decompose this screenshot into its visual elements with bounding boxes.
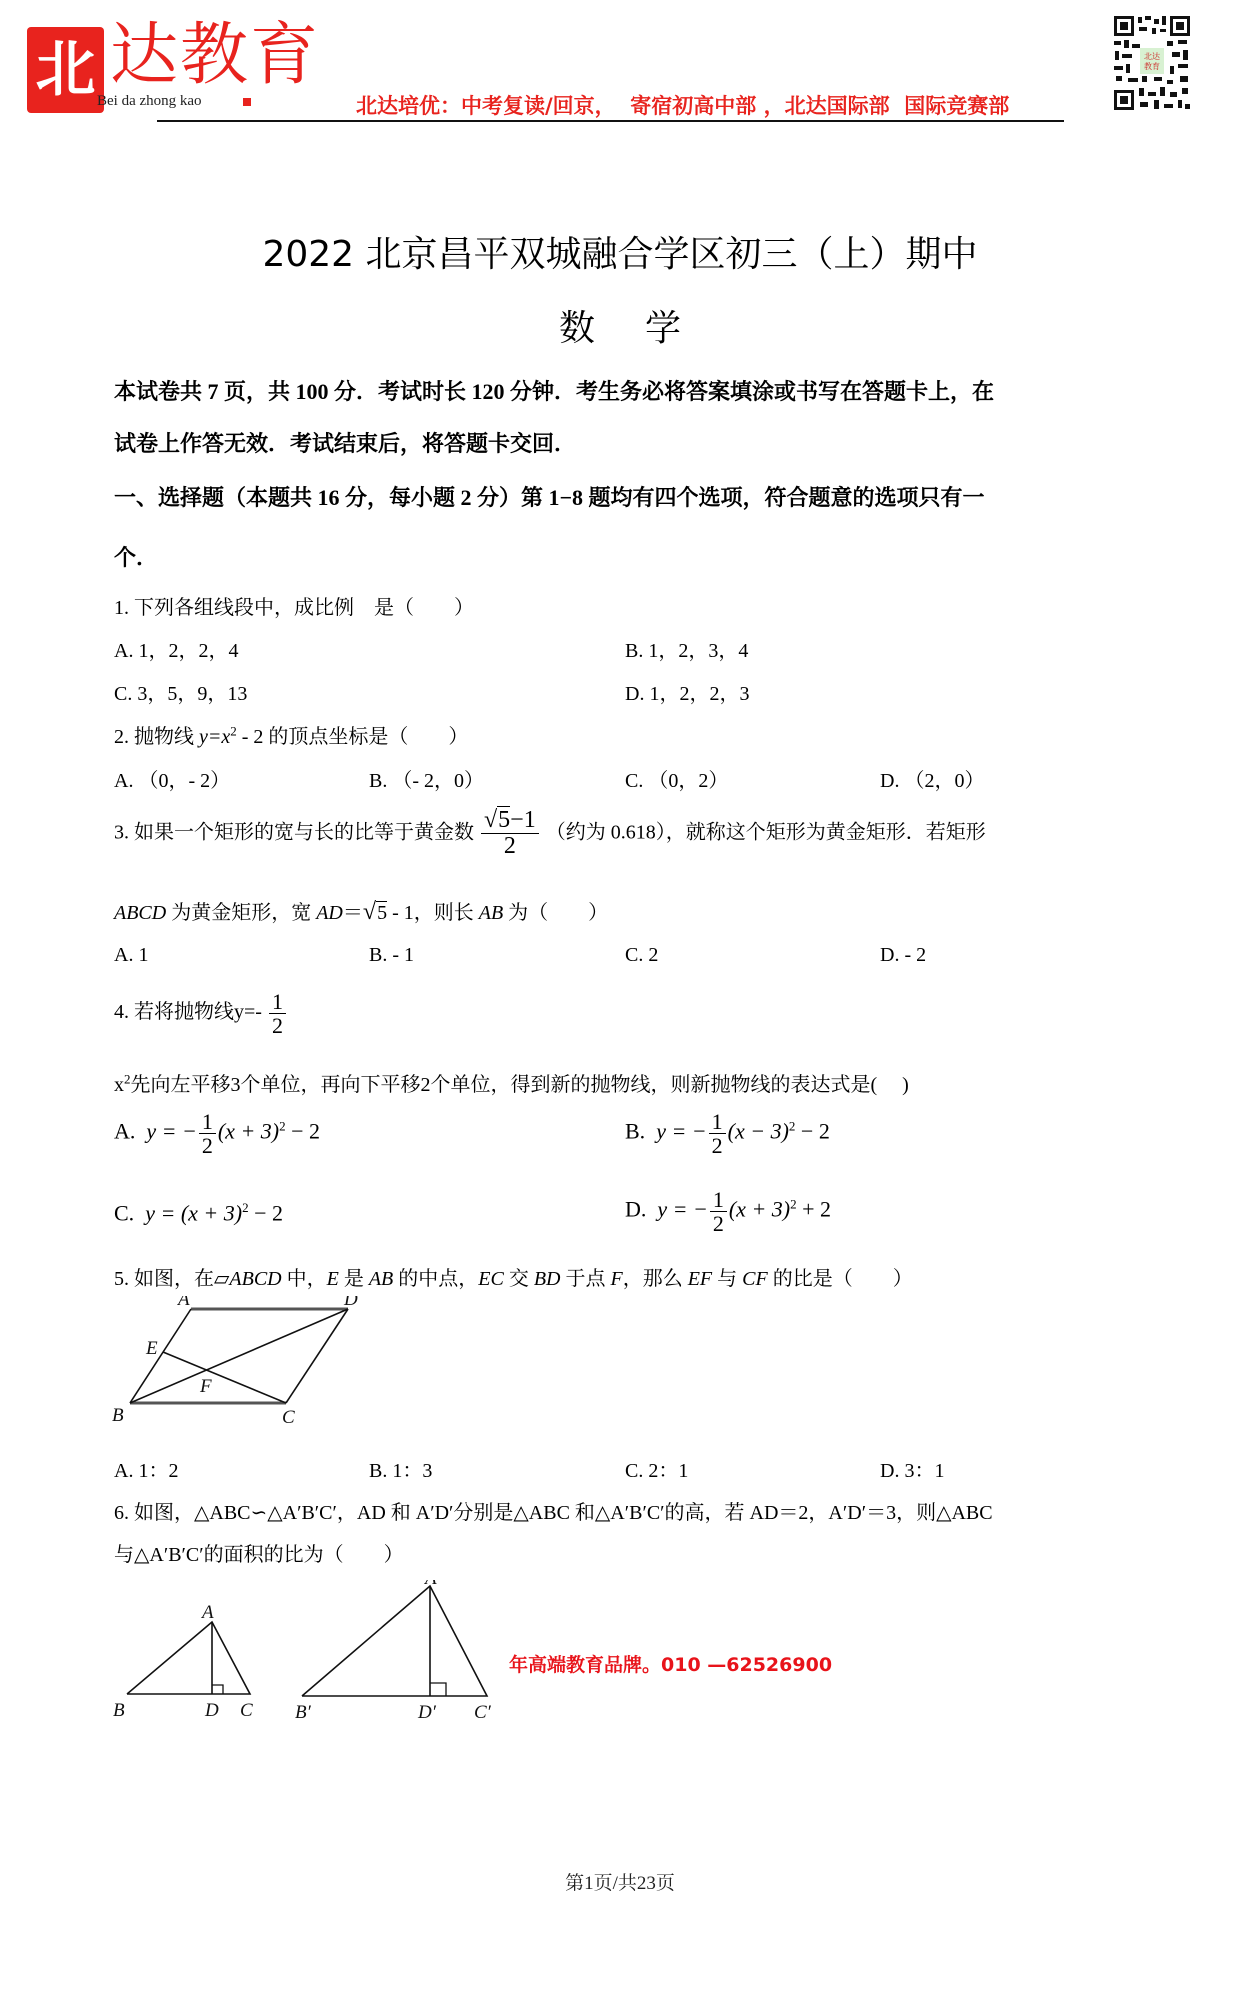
math-expression: (x + 3)	[729, 1197, 790, 1222]
radicand: 5	[376, 901, 387, 924]
promo-note: 年高端教育品牌。010 —62526900	[509, 1650, 832, 1677]
math-expression: y = −	[656, 1119, 706, 1144]
label-b: B	[113, 1700, 125, 1721]
q5-option-b[interactable]: B. 1：3	[369, 1454, 432, 1483]
section-heading-line-1: 一、选择题（本题共 16 分，每小题 2 分）第 1−8 题均有四个选项，符合题…	[114, 468, 1134, 528]
exam-instructions: 本试卷共 7 页，共 100 分．考试时长 120 分钟．考生务必将答案填涂或书…	[114, 366, 1134, 470]
math-expression: (x + 3)	[218, 1119, 279, 1144]
q3-option-c[interactable]: C. 2	[625, 944, 658, 967]
math-var: F	[611, 1268, 623, 1290]
question-stem: 抛物线	[134, 726, 199, 748]
header-divider	[157, 120, 1064, 122]
q3-option-a[interactable]: A. 1	[114, 944, 148, 967]
denominator: 2	[481, 834, 539, 859]
question-stem: 如图，△ABC∽△A′B′C′，AD 和 A′D′分别是△ABC 和△A′B′C…	[134, 1502, 993, 1524]
label-d: D	[343, 1296, 358, 1310]
question-2: 2. 抛物线 y=x2 - 2 的顶点坐标是（ ）	[114, 720, 468, 749]
q4-option-c[interactable]: C. y = (x + 3)2 − 2	[114, 1200, 283, 1226]
q3-option-d[interactable]: D. - 2	[880, 944, 926, 967]
q4-option-d[interactable]: D. y = −12(x + 3)2 + 2	[625, 1188, 831, 1235]
q1-option-a[interactable]: A. 1，2，2，4	[114, 634, 238, 663]
text: 如图，在▱	[134, 1268, 229, 1290]
section-heading: 一、选择题（本题共 16 分，每小题 2 分）第 1−8 题均有四个选项，符合题…	[114, 468, 1134, 588]
math-var: ABCD	[229, 1268, 281, 1290]
question-5: 5. 如图，在▱ABCD 中，E 是 AB 的中点，EC 交 BD 于点 F，那…	[114, 1262, 913, 1291]
label-b: B	[112, 1405, 124, 1426]
option-label: B.	[625, 1119, 645, 1144]
page-indicator: 第1页/共23页	[0, 1868, 1240, 1895]
logo-square-icon	[243, 98, 251, 106]
text: ，那么	[623, 1268, 688, 1290]
similar-triangles-figure: A B D C A′ B′ D′ C′	[100, 1580, 520, 1750]
math-var: EF	[688, 1268, 712, 1290]
question-3-line-2: ABCD 为黄金矩形，宽 AD＝√5 - 1，则长 AB 为（ ）	[114, 896, 608, 926]
option-label: C.	[114, 1200, 134, 1225]
text: 为黄金矩形，宽	[166, 902, 316, 924]
q5-option-a[interactable]: A. 1：2	[114, 1454, 178, 1483]
math-expression: − 2	[795, 1119, 829, 1144]
exam-subject: 数学	[0, 300, 1240, 351]
header-slogan: 北达培优：中考复读/回京， 寄宿初高中部 ，北达国际部 国际竞赛部	[356, 90, 1009, 120]
math-var: E	[327, 1268, 339, 1290]
math-expression: (x − 3)	[728, 1119, 789, 1144]
question-stem-tail: - 2 的顶点坐标是（ ）	[237, 726, 469, 748]
denominator: 2	[269, 1014, 286, 1037]
fraction: 12	[710, 1188, 727, 1235]
question-4: 4. 若将抛物线y=- 1 2	[114, 990, 288, 1037]
numerator: 1	[199, 1110, 216, 1134]
question-6-line-2: 与△A′B′C′的面积的比为（ ）	[114, 1538, 404, 1567]
math-var: x	[114, 1074, 124, 1096]
denominator: 2	[199, 1134, 216, 1157]
question-number: 2.	[114, 726, 129, 748]
math-expression: − 2	[249, 1200, 283, 1225]
section-heading-line-2: 个．	[114, 528, 1134, 588]
svg-text:教育: 教育	[1144, 61, 1160, 71]
label-a: A	[176, 1296, 190, 1310]
label-f: F	[199, 1376, 212, 1397]
math-expression: y=x	[199, 726, 230, 748]
option-label: D.	[625, 1197, 646, 1222]
question-stem: 如果一个矩形的宽与长的比等于黄金数	[134, 821, 474, 843]
question-number: 6.	[114, 1502, 129, 1524]
q4-option-a[interactable]: A. y = −12(x + 3)2 − 2	[114, 1110, 320, 1157]
sqrt-symbol: √	[363, 899, 376, 925]
text: ＝	[343, 902, 363, 924]
question-4-line-2: x2先向左平移3个单位，再向下平移2个单位，得到新的抛物线，则新抛物线的表达式是…	[114, 1068, 909, 1097]
question-3: 3. 如果一个矩形的宽与长的比等于黄金数 √5−1 2 （约为 0.618），就…	[114, 808, 986, 859]
q1-option-d[interactable]: D. 1，2，2，3	[625, 677, 749, 706]
math-var: AB	[369, 1268, 393, 1290]
text: - 1，则长	[387, 902, 479, 924]
numerator: 1	[710, 1188, 727, 1212]
logo-mark: 北	[27, 27, 104, 113]
question-stem-tail: 先向左平移3个单位，再向下平移2个单位，得到新的抛物线，则新抛物线的表达式是( …	[131, 1074, 909, 1096]
q5-option-c[interactable]: C. 2：1	[625, 1454, 688, 1483]
label-d: D	[204, 1700, 219, 1721]
denominator: 2	[709, 1134, 726, 1157]
numerator: 1	[269, 990, 286, 1014]
q4-option-b[interactable]: B. y = −12(x − 3)2 − 2	[625, 1110, 830, 1157]
label-c-prime: C′	[474, 1702, 492, 1723]
label-c: C	[282, 1407, 295, 1428]
math-var: AB	[479, 902, 503, 924]
question-number: 3.	[114, 821, 129, 843]
qr-code-icon: 北达 教育	[1112, 14, 1192, 112]
text: 中，	[282, 1268, 327, 1290]
label-a-prime: A′	[423, 1580, 442, 1589]
text: 的比是（ ）	[768, 1268, 913, 1290]
math-expression: y = −	[146, 1119, 196, 1144]
q3-option-b[interactable]: B. - 1	[369, 944, 414, 967]
question-number: 4.	[114, 1001, 129, 1023]
parallelogram-figure: A D E F B C	[100, 1296, 400, 1446]
question-stem: 下列各组线段中，成比例 是（ ）	[134, 597, 474, 619]
instructions-line-2: 试卷上作答无效．考试结束后，将答题卡交回．	[114, 418, 1134, 470]
label-d-prime: D′	[417, 1702, 437, 1723]
text: 为（ ）	[503, 902, 608, 924]
math-expression: (x + 3)	[181, 1200, 242, 1225]
logo-subtitle: Bei da zhong kao	[97, 93, 202, 110]
label-e: E	[145, 1338, 158, 1359]
math-var: BD	[534, 1268, 561, 1290]
logo-title: 达教育	[110, 22, 320, 90]
text: 的中点，	[393, 1268, 478, 1290]
q2-option-c[interactable]: C. （0，2）	[625, 764, 728, 793]
q5-option-d[interactable]: D. 3：1	[880, 1454, 944, 1483]
radicand: 5	[497, 806, 510, 833]
math-expression: y = −	[657, 1197, 707, 1222]
math-expression: − 2	[286, 1119, 320, 1144]
fraction: 1 2	[269, 990, 286, 1037]
question-number: 1.	[114, 597, 129, 619]
numerator-tail: −1	[510, 807, 536, 833]
text: 交	[504, 1268, 534, 1290]
math-var: ABCD	[114, 902, 166, 924]
label-a: A	[200, 1602, 214, 1623]
numerator: 1	[709, 1110, 726, 1134]
math-var: EC	[478, 1268, 504, 1290]
fraction: 12	[199, 1110, 216, 1157]
question-6: 6. 如图，△ABC∽△A′B′C′，AD 和 A′D′分别是△ABC 和△A′…	[114, 1496, 993, 1525]
svg-text:北达: 北达	[1144, 51, 1160, 61]
q2-option-d[interactable]: D. （2，0）	[880, 764, 984, 793]
q2-option-b[interactable]: B. （- 2，0）	[369, 764, 484, 793]
question-1: 1. 下列各组线段中，成比例 是（ ）	[114, 591, 474, 620]
q2-option-a[interactable]: A. （0，- 2）	[114, 764, 230, 793]
question-number: 5.	[114, 1268, 129, 1290]
math-var: AD	[316, 902, 343, 924]
exam-title: 2022 北京昌平双城融合学区初三（上）期中	[0, 226, 1240, 277]
text: 与	[712, 1268, 742, 1290]
question-stem: 若将抛物线y=-	[134, 1001, 267, 1023]
math-var: CF	[742, 1268, 768, 1290]
q1-option-c[interactable]: C. 3，5，9，13	[114, 677, 247, 706]
math-expression: + 2	[797, 1197, 831, 1222]
fraction: 12	[709, 1110, 726, 1157]
golden-ratio-fraction: √5−1 2	[481, 808, 539, 859]
label-c: C	[240, 1700, 253, 1721]
denominator: 2	[710, 1212, 727, 1235]
option-label: A.	[114, 1119, 135, 1144]
question-stem-tail: （约为 0.618），就称这个矩形为黄金矩形．若矩形	[546, 821, 986, 843]
math-expression: y =	[145, 1200, 181, 1225]
instructions-line-1: 本试卷共 7 页，共 100 分．考试时长 120 分钟．考生务必将答案填涂或书…	[114, 366, 1134, 418]
label-b-prime: B′	[295, 1702, 312, 1723]
q1-option-b[interactable]: B. 1，2，3，4	[625, 634, 748, 663]
logo-mark-text: 北	[36, 40, 96, 100]
text: 是	[339, 1268, 369, 1290]
text: 于点	[561, 1268, 611, 1290]
